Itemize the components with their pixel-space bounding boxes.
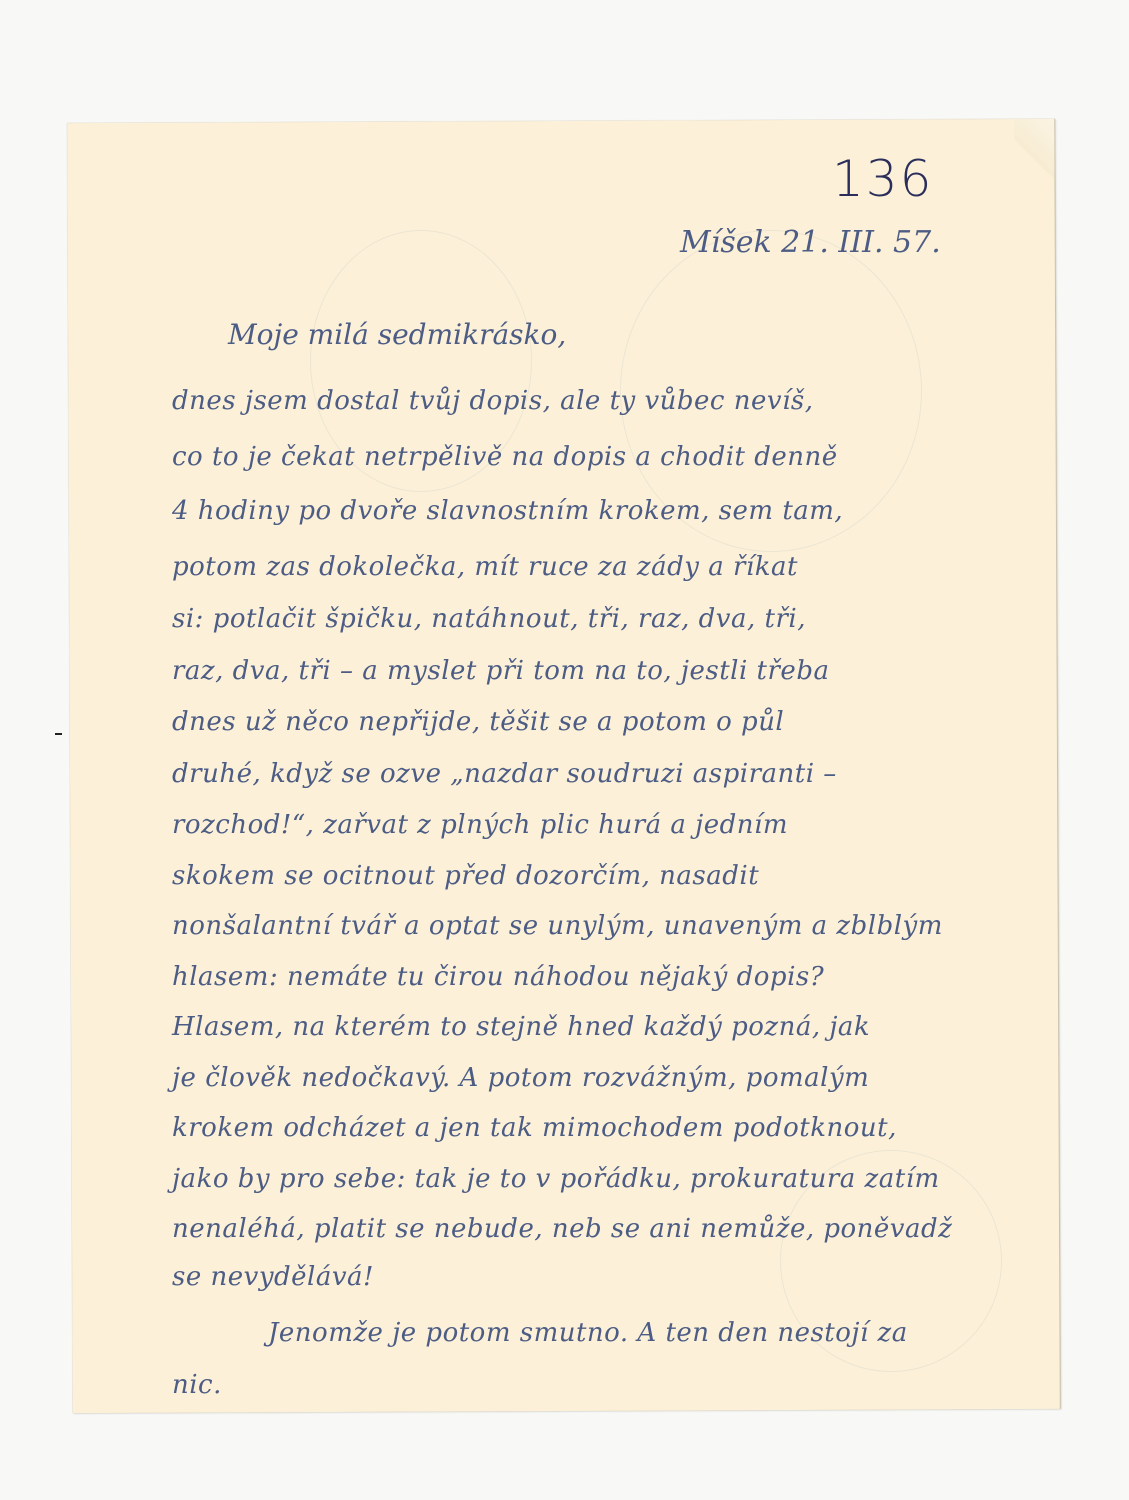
body-line: druhé, když se ozve „nazdar soudruzi asp… <box>172 759 837 789</box>
body-line: raz, dva, tři – a myslet při tom na to, … <box>172 656 829 686</box>
body-line: dnes jsem dostal tvůj dopis, ale ty vůbe… <box>172 386 814 416</box>
body-line: nenaléhá, platit se nebude, neb se ani n… <box>172 1214 952 1244</box>
body-line: Hlasem, na kterém to stejně hned každý p… <box>172 1012 870 1042</box>
body-line: se nevydělává! <box>172 1262 374 1292</box>
body-line: potom zas dokolečka, mít ruce za zády a … <box>172 552 798 582</box>
body-line: si: potlačit špičku, natáhnout, tři, raz… <box>172 604 806 634</box>
margin-tick-mark <box>55 733 62 735</box>
body-line: je člověk nedočkavý. A potom rozvážným, … <box>172 1063 869 1093</box>
salutation: Moje milá sedmikrásko, <box>228 318 566 351</box>
body-line: hlasem: nemáte tu čirou náhodou nějaký d… <box>172 962 824 992</box>
closing-line: Jenomže je potom smutno. A ten den nesto… <box>268 1318 908 1348</box>
place-date: Míšek 21. III. 57. <box>680 225 941 260</box>
body-line: co to je čekat netrpělivě na dopis a cho… <box>172 442 838 472</box>
body-line: krokem odcházet a jen tak mimochodem pod… <box>172 1113 897 1143</box>
body-line: nonšalantní tvář a optat se unylým, unav… <box>172 911 943 941</box>
archive-number: 136 <box>832 150 933 208</box>
closing-line: nic. <box>172 1370 222 1400</box>
body-line: skokem se ocitnout před dozorčím, nasadi… <box>172 861 759 891</box>
body-line: dnes už něco nepřijde, těšit se a potom … <box>172 707 784 737</box>
body-line: rozchod!“, zařvat z plných plic hurá a j… <box>172 810 788 840</box>
body-line: 4 hodiny po dvoře slavnostním krokem, se… <box>172 496 843 526</box>
body-line: jako by pro sebe: tak je to v pořádku, p… <box>172 1164 940 1194</box>
